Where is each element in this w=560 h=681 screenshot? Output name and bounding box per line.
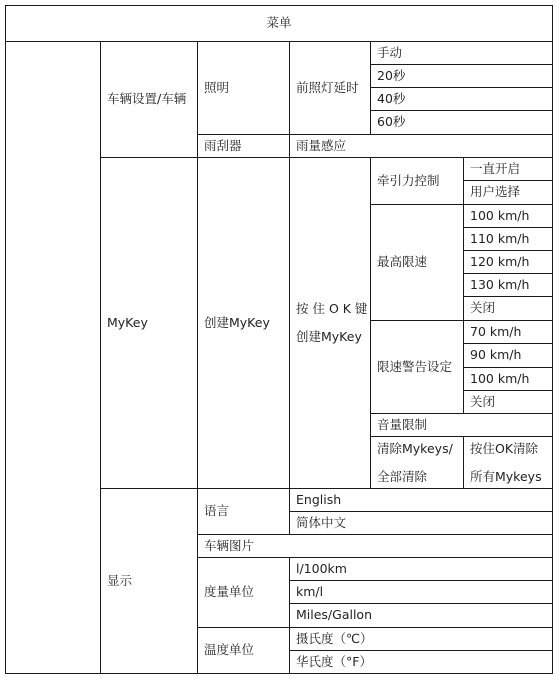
menu-language: 语言 — [197, 488, 290, 535]
option-speed-warning-90: 90 km/h — [463, 343, 553, 368]
menu-lighting: 照明 — [197, 41, 290, 135]
option-traction-user-select: 用户选择 — [463, 180, 553, 205]
menu-measure-unit: 度量单位 — [197, 557, 290, 628]
option-headlamp-20s: 20秒 — [370, 64, 553, 88]
option-headlamp-manual: 手动 — [370, 41, 553, 65]
option-temp-celsius: 摄氏度（℃） — [289, 627, 553, 651]
option-speed-warning-100: 100 km/h — [463, 367, 553, 391]
menu-speed-warning: 限速警告设定 — [370, 320, 464, 414]
menu-volume-limit: 音量限制 — [370, 413, 553, 437]
table-title: 菜单 — [5, 5, 553, 42]
option-speed-warning-70: 70 km/h — [463, 320, 553, 344]
instruction-line-1: 按 住 O K 键 — [296, 295, 367, 323]
create-mykey-instruction: 按 住 O K 键 创建MyKey — [289, 157, 371, 489]
clear-mykeys-instruction: 按住OK清除 所有Mykeys — [463, 436, 553, 489]
menu-max-speed: 最高限速 — [370, 204, 464, 321]
option-unit-km-per-l: km/l — [289, 580, 553, 604]
option-speed-warning-off: 关闭 — [463, 390, 553, 414]
menu-create-mykey: 创建MyKey — [197, 157, 290, 489]
clear-label-line-2: 全部清除 — [377, 463, 427, 491]
option-max-speed-120: 120 km/h — [463, 250, 553, 274]
option-wipers-rain-sensing: 雨量感应 — [289, 134, 553, 158]
menu-traction-control: 牵引力控制 — [370, 157, 464, 205]
menu-display: 显示 — [100, 488, 198, 674]
option-max-speed-off: 关闭 — [463, 296, 553, 321]
option-traction-always-on: 一直开启 — [463, 157, 553, 181]
menu-headlamp-delay: 前照灯延时 — [289, 41, 371, 135]
option-max-speed-110: 110 km/h — [463, 227, 553, 251]
instruction-line-2: 创建MyKey — [296, 323, 362, 351]
clear-value-line-1: 按住OK清除 — [470, 435, 538, 463]
option-headlamp-60s: 60秒 — [370, 110, 553, 135]
menu-wipers: 雨刮器 — [197, 134, 290, 158]
menu-vehicle-settings: 车辆设置/车辆 — [100, 41, 198, 158]
menu-clear-mykeys: 清除Mykeys/ 全部清除 — [370, 436, 464, 489]
option-unit-mpg: Miles/Gallon — [289, 603, 553, 628]
clear-label-line-1: 清除Mykeys/ — [377, 435, 453, 463]
option-language-english: English — [289, 488, 553, 512]
menu-vehicle-image: 车辆图片 — [197, 534, 553, 558]
option-temp-fahrenheit: 华氏度（°F） — [289, 650, 553, 674]
option-headlamp-40s: 40秒 — [370, 87, 553, 111]
option-max-speed-130: 130 km/h — [463, 273, 553, 297]
option-language-chinese: 简体中文 — [289, 511, 553, 535]
option-max-speed-100: 100 km/h — [463, 204, 553, 228]
clear-value-line-2: 所有Mykeys — [470, 463, 542, 491]
menu-mykey: MyKey — [100, 157, 198, 489]
empty-root-column — [5, 41, 101, 674]
option-unit-l-per-100km: l/100km — [289, 557, 553, 581]
menu-temp-unit: 温度单位 — [197, 627, 290, 674]
